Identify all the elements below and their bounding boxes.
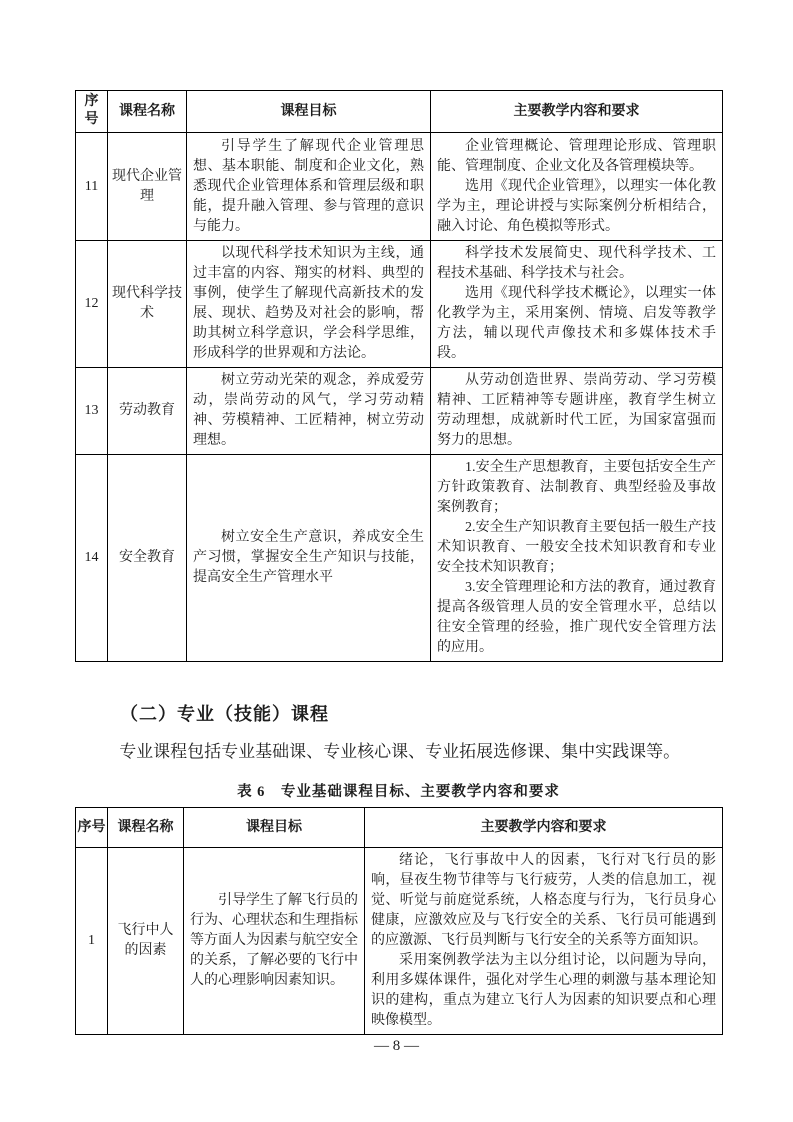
goal-text: 引导学生了解飞行员的行为、心理状态和生理指标等方面人为因素与航空安全的关系，了解… [190, 891, 358, 991]
content-paragraph: 3.安全管理理论和方法的教育，通过教育提高各级管理人员的安全管理水平，总结以往安… [437, 578, 716, 658]
goal-text: 引导学生了解现代企业管理思想、基本职能、制度和企业文化，熟悉现代企业管理体系和管… [193, 137, 424, 237]
row-course-name: 现代科学技术 [108, 241, 187, 368]
row-goal: 以现代科学技术知识为主线，通过丰富的内容、翔实的材料、典型的事例，使学生了解现代… [187, 241, 431, 368]
content-paragraph: 2.安全生产知识教育主要包括一般生产技术知识教育、一般安全技术知识教育和专业安全… [437, 518, 716, 578]
header-content: 主要教学内容和要求 [431, 91, 723, 133]
professional-basic-course-table: 序号 课程名称 课程目标 主要教学内容和要求 1 飞行中人的因素 引导学生了解飞… [75, 807, 723, 1035]
header-seq: 序号 [76, 808, 108, 848]
content-paragraph: 1.安全生产思想教育，主要包括安全生产方针政策教育、法制教育、典型经验及事故案例… [437, 458, 716, 518]
content-paragraph: 绪论，飞行事故中人的因素，飞行对飞行员的影响，昼夜生物节律等与飞行疲劳，人类的信… [371, 851, 716, 951]
section-heading: （二）专业（技能）课程 [120, 700, 722, 726]
content-paragraph: 企业管理概论、管理理论形成、管理职能、管理制度、企业文化及各管理模块等。 [437, 137, 716, 177]
goal-text: 树立安全生产意识，养成安全生产习惯，掌握安全生产知识与技能，提高安全生产管理水平 [193, 528, 424, 588]
row-goal: 引导学生了解飞行员的行为、心理状态和生理指标等方面人为因素与航空安全的关系，了解… [184, 848, 365, 1035]
content-paragraph: 选用《现代科学技术概论》，以理实一体化教学为主，采用案例、情境、启发等教学方法，… [437, 284, 716, 364]
page-number: — 8 — [0, 1038, 793, 1055]
row-content: 1.安全生产思想教育，主要包括安全生产方针政策教育、法制教育、典型经验及事故案例… [431, 455, 723, 662]
table-row: 14 安全教育 树立安全生产意识，养成安全生产习惯，掌握安全生产知识与技能，提高… [76, 455, 723, 662]
header-seq: 序号 [76, 91, 108, 133]
header-course-goal: 课程目标 [187, 91, 431, 133]
table-header-row: 序号 课程名称 课程目标 主要教学内容和要求 [76, 808, 723, 848]
row-content: 企业管理概论、管理理论形成、管理职能、管理制度、企业文化及各管理模块等。 选用《… [431, 133, 723, 241]
row-goal: 树立安全生产意识，养成安全生产习惯，掌握安全生产知识与技能，提高安全生产管理水平 [187, 455, 431, 662]
content-paragraph: 科学技术发展简史、现代科学技术、工程技术基础、科学技术与社会。 [437, 244, 716, 284]
header-course-name: 课程名称 [108, 808, 184, 848]
goal-text: 树立劳动光荣的观念，养成爱劳动，崇尚劳动的风气，学习劳动精神、劳模精神、工匠精神… [193, 371, 424, 451]
row-course-name: 现代企业管理 [108, 133, 187, 241]
section-paragraph: 专业课程包括专业基础课、专业核心课、专业拓展选修课、集中实践课等。 [75, 740, 722, 764]
table6-caption: 表 6 专业基础课程目标、主要教学内容和要求 [75, 780, 722, 801]
row-course-name: 安全教育 [108, 455, 187, 662]
content-paragraph: 从劳动创造世界、崇尚劳动、学习劳模精神、工匠精神等专题讲座，教育学生树立劳动理想… [437, 371, 716, 451]
goal-text: 以现代科学技术知识为主线，通过丰富的内容、翔实的材料、典型的事例，使学生了解现代… [193, 244, 424, 364]
table-row: 12 现代科学技术 以现代科学技术知识为主线，通过丰富的内容、翔实的材料、典型的… [76, 241, 723, 368]
row-seq: 13 [76, 368, 108, 455]
row-content: 绪论，飞行事故中人的因素，飞行对飞行员的影响，昼夜生物节律等与飞行疲劳，人类的信… [365, 848, 723, 1035]
row-seq: 14 [76, 455, 108, 662]
content-paragraph: 采用案例教学法为主以分组讨论，以问题为导向，利用多媒体课件，强化对学生心理的刺激… [371, 951, 716, 1031]
general-course-table: 序号 课程名称 课程目标 主要教学内容和要求 11 现代企业管理 引导学生了解现… [75, 90, 723, 662]
content-paragraph: 选用《现代企业管理》，以理实一体化教学为主，理论讲授与实际案例分析相结合，融入讨… [437, 177, 716, 237]
table-row: 11 现代企业管理 引导学生了解现代企业管理思想、基本职能、制度和企业文化，熟悉… [76, 133, 723, 241]
row-content: 科学技术发展简史、现代科学技术、工程技术基础、科学技术与社会。 选用《现代科学技… [431, 241, 723, 368]
table-header-row: 序号 课程名称 课程目标 主要教学内容和要求 [76, 91, 723, 133]
row-seq: 1 [76, 848, 108, 1035]
row-goal: 树立劳动光荣的观念，养成爱劳动，崇尚劳动的风气，学习劳动精神、劳模精神、工匠精神… [187, 368, 431, 455]
row-seq: 12 [76, 241, 108, 368]
header-content: 主要教学内容和要求 [365, 808, 723, 848]
row-goal: 引导学生了解现代企业管理思想、基本职能、制度和企业文化，熟悉现代企业管理体系和管… [187, 133, 431, 241]
table-row: 13 劳动教育 树立劳动光荣的观念，养成爱劳动，崇尚劳动的风气，学习劳动精神、劳… [76, 368, 723, 455]
header-course-goal: 课程目标 [184, 808, 365, 848]
document-page: 序号 课程名称 课程目标 主要教学内容和要求 11 现代企业管理 引导学生了解现… [0, 0, 793, 1122]
table-row: 1 飞行中人的因素 引导学生了解飞行员的行为、心理状态和生理指标等方面人为因素与… [76, 848, 723, 1035]
page-content: 序号 课程名称 课程目标 主要教学内容和要求 11 现代企业管理 引导学生了解现… [75, 90, 722, 1035]
header-course-name: 课程名称 [108, 91, 187, 133]
row-seq: 11 [76, 133, 108, 241]
row-content: 从劳动创造世界、崇尚劳动、学习劳模精神、工匠精神等专题讲座，教育学生树立劳动理想… [431, 368, 723, 455]
row-course-name: 飞行中人的因素 [108, 848, 184, 1035]
row-course-name: 劳动教育 [108, 368, 187, 455]
